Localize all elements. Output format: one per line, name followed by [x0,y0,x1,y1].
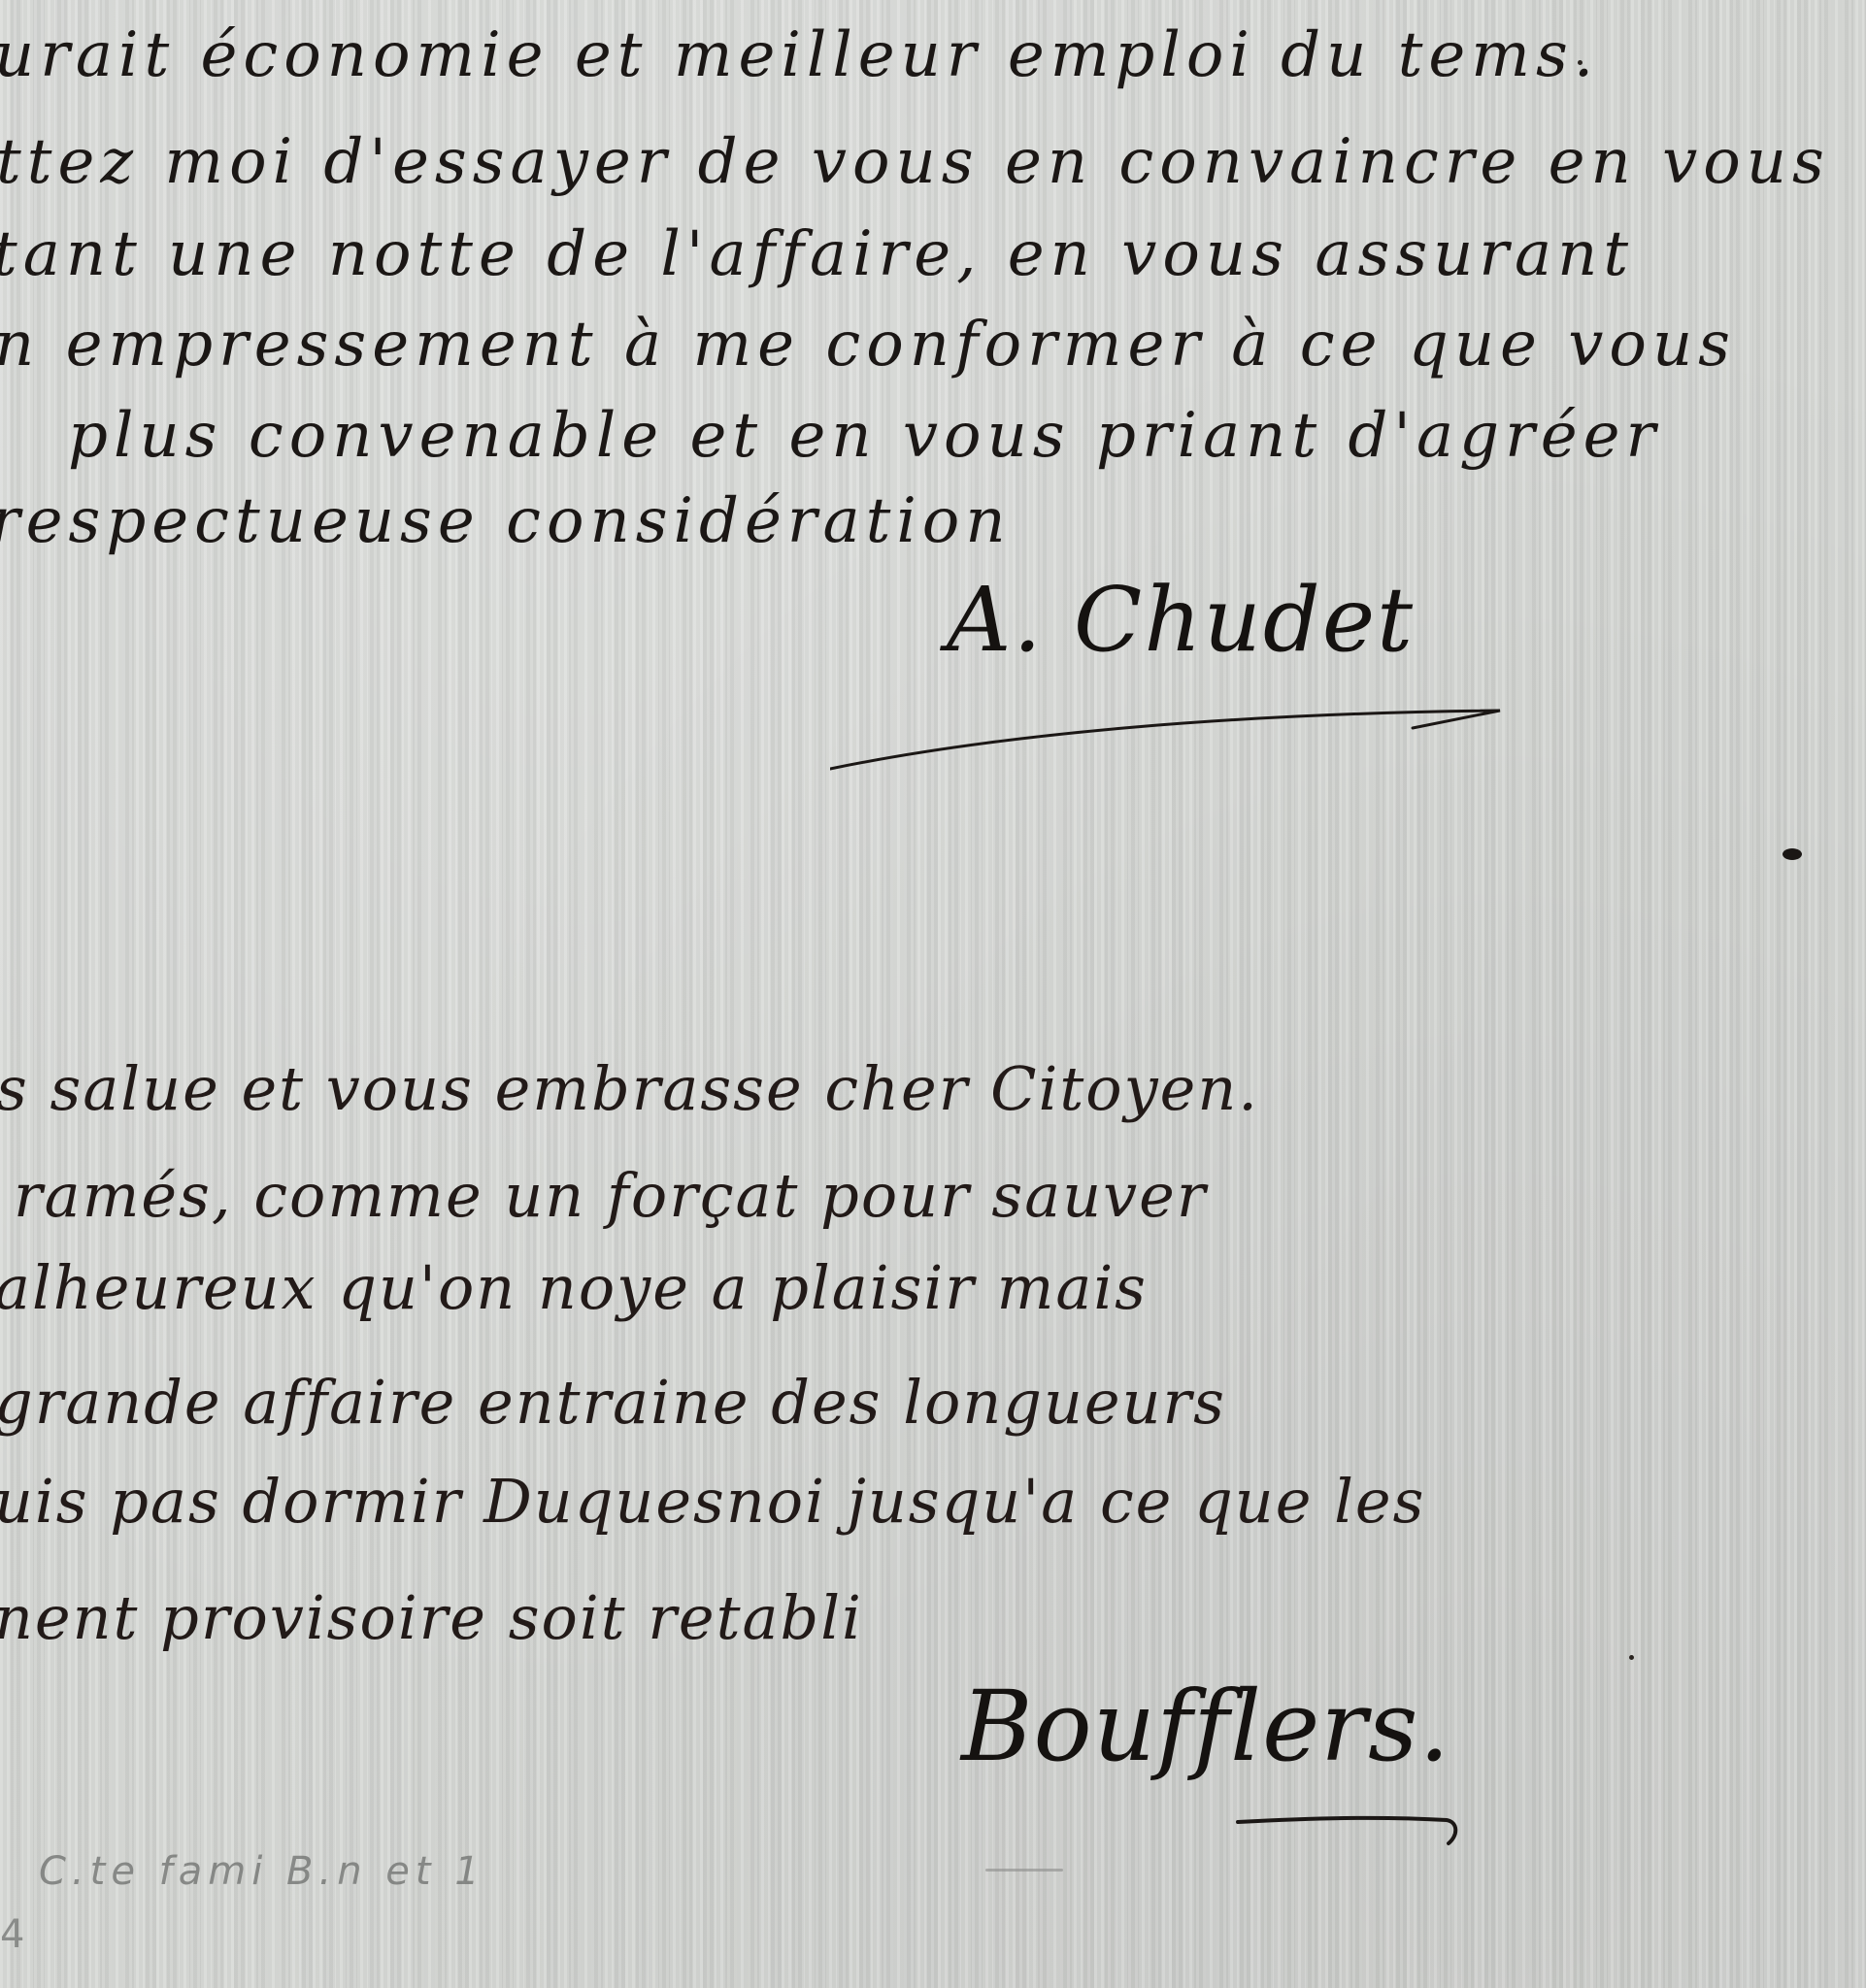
lower-line-6: nent provisoire soit retabli [0,1582,863,1653]
lower-line-3: alheureux qu'on noye a plaisir mais [0,1252,1148,1323]
upper-line-3: tant une notte de l'affaire, en vous ass… [0,218,1634,290]
lower-line-4: grande affaire entraine des longueurs [0,1367,1226,1438]
upper-line-2: ttez moi d'essayer de vous en convaincre… [0,126,1830,198]
upper-line-6: respectueuse considération [0,485,1012,557]
lower-line-5: uis pas dormir Duquesnoi jusqu'a ce que … [0,1466,1425,1537]
pencil-annotation: C.te fami B.n et 1 [39,1849,485,1894]
ink-dot [1629,1655,1634,1660]
signature-chudet: A. Chudet [947,568,1415,672]
upper-line-1: urait économie et meilleur emploi du tem… [0,19,1599,91]
lower-line-1: s salue et vous embrasse cher Citoyen. [0,1053,1259,1124]
upper-line-5: plus convenable et en vous priant d'agré… [68,400,1661,472]
upper-line-4: n empressement à me conformer à ce que v… [0,309,1736,381]
pencil-dash [985,1869,1063,1872]
ink-dot [1578,60,1583,65]
signature-underline [830,689,1510,777]
signature-flourish [1233,1810,1466,1859]
signature-boufflers: Boufflers. [961,1670,1450,1783]
pencil-edge-mark: 4 [0,1912,24,1957]
ink-blot [1783,848,1802,860]
lower-line-2: ramés, comme un forçat pour sauver [14,1160,1208,1231]
letter-page: urait économie et meilleur emploi du tem… [0,0,1866,1988]
